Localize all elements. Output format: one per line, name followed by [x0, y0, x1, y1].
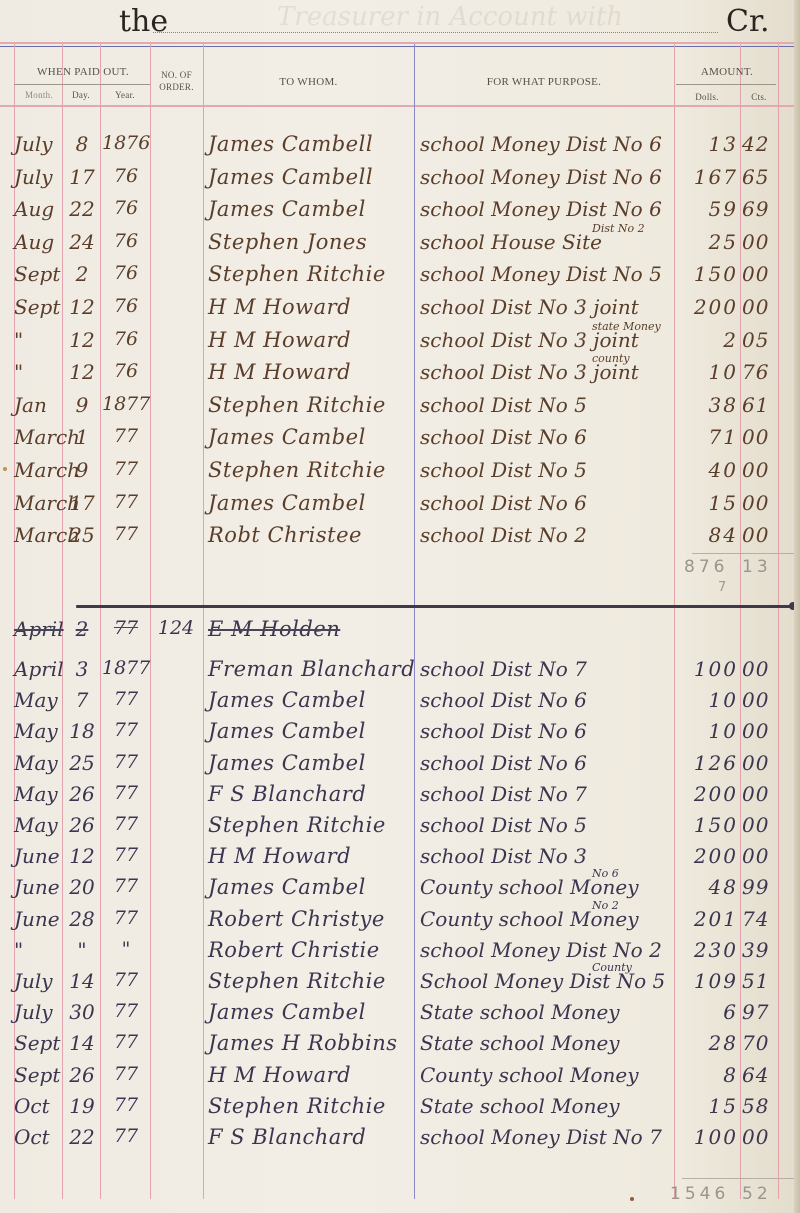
ledger-entry-row: May2577James Cambelschool Dist No 612600	[0, 751, 800, 781]
entry-year: 1877	[102, 657, 150, 679]
entry-cents: 00	[742, 262, 778, 286]
entry-cents: 61	[742, 393, 778, 417]
entry-to-whom: James Cambel	[208, 719, 413, 743]
entry-purpose: school Dist No 7	[420, 782, 675, 806]
entry-purpose: school Dist No 6	[420, 425, 675, 449]
entry-day: 18	[64, 719, 100, 743]
entry-to-whom: James Cambel	[208, 751, 413, 775]
entry-dollars: 10	[676, 719, 738, 743]
ledger-entry-row: July1776James Cambellschool Money Dist N…	[0, 165, 800, 195]
entry-day: 12	[64, 844, 100, 868]
entry-year: 77	[102, 719, 150, 741]
entry-day: 19	[64, 1094, 100, 1118]
entry-cents: 74	[742, 907, 778, 931]
entry-to-whom: H M Howard	[208, 328, 413, 352]
entry-year: 77	[102, 1094, 150, 1116]
entry-purpose: school Dist No 6	[420, 688, 675, 712]
entry-cents: 99	[742, 875, 778, 899]
entry-day: 25	[64, 751, 100, 775]
header-order-no-2: ORDER.	[150, 81, 203, 93]
entry-dollars: 59	[676, 197, 738, 221]
entry-cents: 76	[742, 360, 778, 384]
entry-cents: 00	[742, 782, 778, 806]
entry-cents: 00	[742, 425, 778, 449]
ledger-entry-row: May2677Stephen Ritchieschool Dist No 515…	[0, 813, 800, 843]
entry-dollars: 28	[676, 1031, 738, 1055]
entry-cents: 42	[742, 132, 778, 156]
entry-dollars: 6	[676, 1000, 738, 1024]
entry-cents: 00	[742, 1125, 778, 1149]
entry-purpose: school Money Dist No 2	[420, 938, 675, 962]
header-amount: AMOUNT.	[676, 66, 778, 78]
entry-day: 25	[64, 523, 100, 547]
entry-to-whom: Stephen Ritchie	[208, 813, 413, 837]
ledger-entry-row: March1777James Cambelschool Dist No 6150…	[0, 491, 800, 521]
header-to-whom: TO WHOM.	[203, 76, 414, 88]
entry-day: 22	[64, 197, 100, 221]
ledger-entry-row: March977Stephen Ritchieschool Dist No 54…	[0, 458, 800, 488]
entry-cents: 64	[742, 1063, 778, 1087]
subtotal-1-cts: 13	[742, 557, 772, 577]
ledger-entry-row: July3077James CambelState school Money69…	[0, 1000, 800, 1030]
subtotal-2-cts: 52	[742, 1184, 772, 1204]
entry-to-whom: Stephen Jones	[208, 230, 413, 254]
ledger-entry-row: Sept276Stephen Ritchieschool Money Dist …	[0, 262, 800, 292]
entry-purpose: school Dist No 3	[420, 844, 675, 868]
entry-cents: 51	[742, 969, 778, 993]
ledger-entry-row: Sept1477James H RobbinsState school Mone…	[0, 1031, 800, 1061]
entry-to-whom: Robert Christie	[208, 938, 413, 962]
entry-to-whom: H M Howard	[208, 295, 413, 319]
subtotal-1-dolls: 876	[684, 557, 728, 577]
section-divider	[76, 605, 798, 608]
entry-day: 12	[64, 295, 100, 319]
entry-to-whom: F S Blanchard	[208, 782, 413, 806]
entry-year: 76	[102, 165, 150, 187]
entry-purpose: school Dist No 3 joint	[420, 360, 675, 384]
ledger-entry-row: June2877Robert ChristyeCounty school Mon…	[0, 907, 800, 937]
entry-day: 26	[64, 1063, 100, 1087]
entry-dollars: 126	[676, 751, 738, 775]
entry-interlinear-note: county	[592, 352, 630, 365]
entry-to-whom: James H Robbins	[208, 1031, 413, 1055]
entry-day: 9	[64, 393, 100, 417]
entry-to-whom: Robt Christee	[208, 523, 413, 547]
entry-to-whom: James Cambel	[208, 491, 413, 515]
entry-dollars: 38	[676, 393, 738, 417]
entry-year: 77	[102, 523, 150, 545]
entry-dollars: 167	[676, 165, 738, 189]
entry-to-whom: F S Blanchard	[208, 1125, 413, 1149]
entry-cents: 00	[742, 523, 778, 547]
entry-year: 1876	[102, 132, 150, 154]
entry-dollars: 71	[676, 425, 738, 449]
entry-purpose: County school Money	[420, 907, 675, 931]
ledger-entry-row: """Robert Christieschool Money Dist No 2…	[0, 938, 800, 968]
entry-year: 77	[102, 969, 150, 991]
entry-year: 76	[102, 328, 150, 350]
entry-to-whom: Stephen Ritchie	[208, 1094, 413, 1118]
entry-year: 77	[102, 844, 150, 866]
ledger-entry-row: March2577Robt Christeeschool Dist No 284…	[0, 523, 800, 553]
entry-dollars: 100	[676, 657, 738, 681]
entry-year: 76	[102, 197, 150, 219]
entry-purpose: school Money Dist No 7	[420, 1125, 675, 1149]
entry-year: "	[102, 938, 150, 960]
entry-cents: 00	[742, 719, 778, 743]
entry-to-whom: Stephen Ritchie	[208, 393, 413, 417]
struck-entry-row: April 2 77 124 E M Holden	[0, 617, 800, 647]
entry-dollars: 109	[676, 969, 738, 993]
entry-year: 1877	[102, 393, 150, 415]
entry-day: 26	[64, 813, 100, 837]
entry-cents: 00	[742, 844, 778, 868]
entry-purpose: school Dist No 5	[420, 393, 675, 417]
struck-year: 77	[102, 617, 150, 639]
entry-interlinear-note: No 2	[592, 899, 619, 912]
entry-dollars: 8	[676, 1063, 738, 1087]
entry-cents: 00	[742, 230, 778, 254]
entry-cents: 65	[742, 165, 778, 189]
entry-day: 17	[64, 491, 100, 515]
entry-year: 77	[102, 458, 150, 480]
ledger-entry-row: April31877Freman Blanchardschool Dist No…	[0, 657, 800, 687]
ledger-page: Treasurer in Account with the Cr. WHEN P…	[0, 0, 800, 1213]
struck-day: 2	[64, 617, 100, 641]
entry-year: 76	[102, 230, 150, 252]
entry-dollars: 10	[676, 688, 738, 712]
entry-year: 76	[102, 262, 150, 284]
margin-ink-spot	[3, 467, 7, 471]
entry-year: 77	[102, 1125, 150, 1147]
entry-to-whom: H M Howard	[208, 844, 413, 868]
header-word-the: the	[119, 4, 168, 39]
entry-to-whom: Stephen Ritchie	[208, 969, 413, 993]
entry-to-whom: Stephen Ritchie	[208, 262, 413, 286]
ledger-entry-row: March177James Cambelschool Dist No 67100	[0, 425, 800, 455]
entry-to-whom: James Cambel	[208, 425, 413, 449]
header-word-cr: Cr.	[726, 4, 770, 39]
entry-day: 14	[64, 1031, 100, 1055]
entry-cents: 00	[742, 295, 778, 319]
entry-day: 3	[64, 657, 100, 681]
entry-purpose: County school Money	[420, 1063, 675, 1087]
entry-dollars: 15	[676, 491, 738, 515]
entry-interlinear-note: County	[592, 961, 632, 974]
entry-interlinear-note: Dist No 2	[592, 222, 645, 235]
entry-interlinear-note: state Money	[592, 320, 661, 333]
entry-cents: 05	[742, 328, 778, 352]
entry-to-whom: Freman Blanchard	[208, 657, 413, 681]
entry-day: 30	[64, 1000, 100, 1024]
entry-purpose: school Dist No 3 joint	[420, 295, 675, 319]
entry-cents: 70	[742, 1031, 778, 1055]
entry-purpose: school Dist No 6	[420, 751, 675, 775]
entry-dollars: 84	[676, 523, 738, 547]
entry-to-whom: James Cambell	[208, 165, 413, 189]
header-bottom-rule	[0, 105, 800, 107]
entry-to-whom: Stephen Ritchie	[208, 458, 413, 482]
entry-dollars: 40	[676, 458, 738, 482]
entry-purpose: school Money Dist No 5	[420, 262, 675, 286]
entry-year: 77	[102, 1000, 150, 1022]
entry-purpose: school Dist No 6	[420, 719, 675, 743]
entry-day: 20	[64, 875, 100, 899]
header-subrule-amount	[676, 84, 776, 85]
header-month: Month.	[16, 89, 62, 101]
entry-purpose: school Dist No 7	[420, 657, 675, 681]
entry-day: 12	[64, 360, 100, 384]
entry-day: 12	[64, 328, 100, 352]
ledger-entry-row: Oct2277F S Blanchardschool Money Dist No…	[0, 1125, 800, 1155]
entry-day: 14	[64, 969, 100, 993]
ledger-entry-row: June1277H M Howardschool Dist No 320000	[0, 844, 800, 874]
ink-spot	[630, 1197, 634, 1201]
entry-cents: 00	[742, 688, 778, 712]
header-cts: Cts.	[740, 91, 778, 103]
top-rule-blue	[0, 46, 800, 47]
entry-day: 28	[64, 907, 100, 931]
entry-year: 77	[102, 751, 150, 773]
entry-year: 77	[102, 875, 150, 897]
ledger-entry-row: "1276H M Howardschool Dist No 3 joint205…	[0, 328, 800, 358]
entry-to-whom: James Cambel	[208, 875, 413, 899]
entry-year: 76	[102, 295, 150, 317]
entry-to-whom: James Cambel	[208, 688, 413, 712]
entry-purpose: school Money Dist No 6	[420, 197, 675, 221]
entry-purpose: school Dist No 2	[420, 523, 675, 547]
entry-day: 2	[64, 262, 100, 286]
entry-day: 22	[64, 1125, 100, 1149]
ledger-entry-row: May2677F S Blanchardschool Dist No 72000…	[0, 782, 800, 812]
entry-cents: 00	[742, 491, 778, 515]
ledger-entry-row: May1877James Cambelschool Dist No 61000	[0, 719, 800, 749]
page-edge	[794, 0, 800, 1213]
header-when-paid-out: WHEN PAID OUT.	[16, 66, 150, 78]
entry-purpose: school Dist No 5	[420, 813, 675, 837]
entry-cents: 00	[742, 657, 778, 681]
entry-year: 77	[102, 1031, 150, 1053]
entry-cents: 00	[742, 751, 778, 775]
ghost-bleed-text: Treasurer in Account with	[240, 2, 660, 32]
header-day: Day.	[62, 89, 100, 101]
entry-year: 77	[102, 782, 150, 804]
entry-purpose: school Money Dist No 6	[420, 132, 675, 156]
entry-to-whom: James Cambell	[208, 132, 413, 156]
header-subrule-date	[14, 84, 150, 85]
entry-day: 17	[64, 165, 100, 189]
header-order-no-1: NO. OF	[150, 69, 203, 81]
entry-to-whom: H M Howard	[208, 1063, 413, 1087]
ledger-entry-row: July1477Stephen RitchieSchool Money Dist…	[0, 969, 800, 999]
entry-dollars: 201	[676, 907, 738, 931]
ledger-entry-row: June2077James CambelCounty school Money4…	[0, 875, 800, 905]
entry-year: 77	[102, 425, 150, 447]
entry-day: 7	[64, 688, 100, 712]
subtotal-2-dolls: 1546	[670, 1184, 729, 1204]
entry-dollars: 10	[676, 360, 738, 384]
entry-purpose: State school Money	[420, 1031, 675, 1055]
struck-to-whom: E M Holden	[208, 617, 413, 641]
entry-purpose: school Money Dist No 6	[420, 165, 675, 189]
struck-order-no: 124	[150, 617, 202, 639]
entry-dollars: 150	[676, 262, 738, 286]
subtotal-2-rule	[682, 1178, 796, 1179]
entry-day: 26	[64, 782, 100, 806]
entry-dollars: 48	[676, 875, 738, 899]
entry-year: 77	[102, 491, 150, 513]
entry-dollars: 2	[676, 328, 738, 352]
entry-to-whom: James Cambel	[208, 1000, 413, 1024]
entry-dollars: 25	[676, 230, 738, 254]
header-purpose: FOR WHAT PURPOSE.	[414, 76, 674, 88]
entry-cents: 39	[742, 938, 778, 962]
header-dolls: Dolls.	[674, 91, 740, 103]
entry-purpose: County school Money	[420, 875, 675, 899]
entry-dollars: 13	[676, 132, 738, 156]
entry-to-whom: Robert Christye	[208, 907, 413, 931]
ledger-entry-row: Sept2677H M HowardCounty school Money864	[0, 1063, 800, 1093]
entry-day: "	[64, 938, 100, 962]
entry-cents: 97	[742, 1000, 778, 1024]
ledger-entry-row: Jan91877Stephen Ritchieschool Dist No 53…	[0, 393, 800, 423]
entry-to-whom: H M Howard	[208, 360, 413, 384]
entry-year: 77	[102, 813, 150, 835]
entry-purpose: school Dist No 6	[420, 491, 675, 515]
entry-day: 24	[64, 230, 100, 254]
entry-day: 1	[64, 425, 100, 449]
entry-purpose: school Dist No 5	[420, 458, 675, 482]
ledger-entry-row: Oct1977Stephen RitchieState school Money…	[0, 1094, 800, 1124]
entry-year: 77	[102, 1063, 150, 1085]
entry-purpose: State school Money	[420, 1094, 675, 1118]
entry-purpose: State school Money	[420, 1000, 675, 1024]
top-rule-red	[0, 42, 800, 44]
entry-year: 77	[102, 688, 150, 710]
entry-interlinear-note: No 6	[592, 867, 619, 880]
entry-day: 9	[64, 458, 100, 482]
entry-dollars: 100	[676, 1125, 738, 1149]
entry-day: 8	[64, 132, 100, 156]
ledger-entry-row: Aug2476Stephen Jonesschool House Site250…	[0, 230, 800, 260]
header-dotted-line	[153, 32, 718, 33]
ledger-entry-row: Sept1276H M Howardschool Dist No 3 joint…	[0, 295, 800, 325]
ledger-entry-row: Aug2276James Cambelschool Money Dist No …	[0, 197, 800, 227]
entry-cents: 00	[742, 458, 778, 482]
entry-cents: 00	[742, 813, 778, 837]
entry-to-whom: James Cambel	[208, 197, 413, 221]
subtotal-1-rule	[692, 553, 796, 554]
entry-cents: 58	[742, 1094, 778, 1118]
entry-dollars: 150	[676, 813, 738, 837]
entry-dollars: 200	[676, 844, 738, 868]
entry-year: 76	[102, 360, 150, 382]
entry-dollars: 200	[676, 782, 738, 806]
ledger-entry-row: May777James Cambelschool Dist No 61000	[0, 688, 800, 718]
ledger-entry-row: July81876James Cambellschool Money Dist …	[0, 132, 800, 162]
entry-dollars: 15	[676, 1094, 738, 1118]
entry-year: 77	[102, 907, 150, 929]
ledger-entry-row: "1276H M Howardschool Dist No 3 joint107…	[0, 360, 800, 390]
entry-purpose: School Money Dist No 5	[420, 969, 675, 993]
subtotal-1-carry-note: 7	[718, 580, 726, 595]
header-year: Year.	[100, 89, 150, 101]
entry-dollars: 230	[676, 938, 738, 962]
entry-dollars: 200	[676, 295, 738, 319]
entry-cents: 69	[742, 197, 778, 221]
